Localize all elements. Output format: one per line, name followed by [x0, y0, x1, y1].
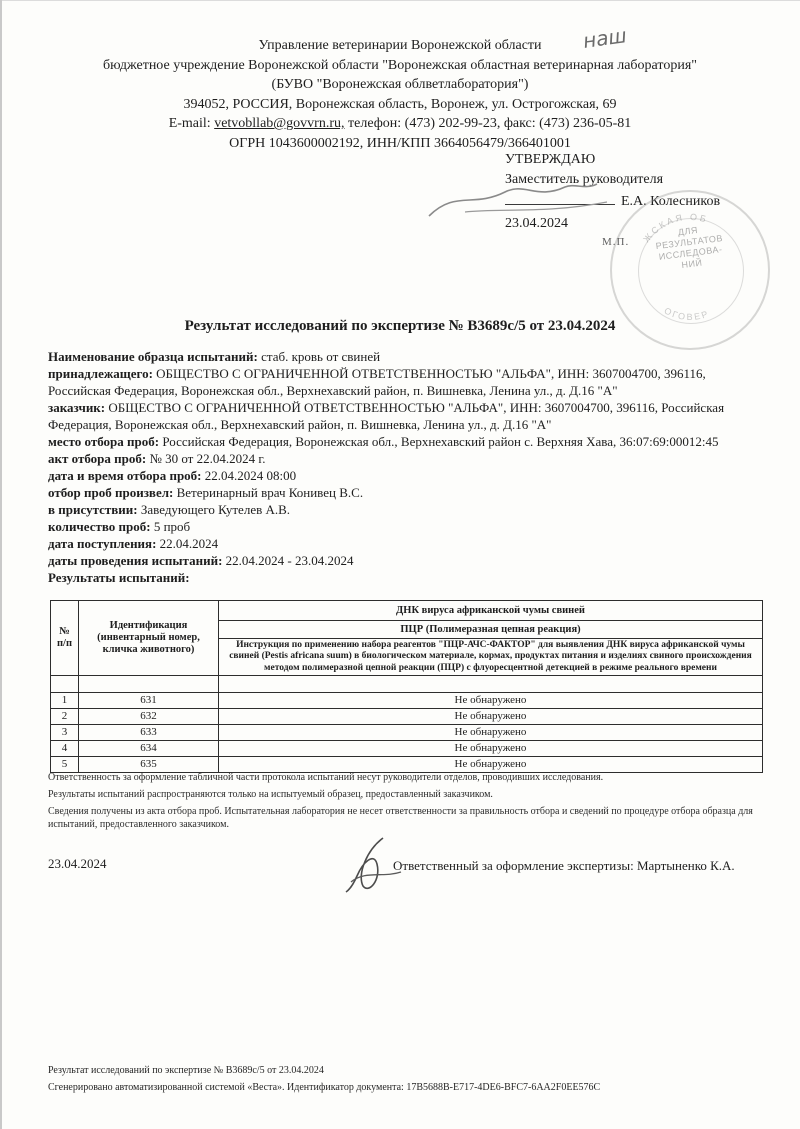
stamp-place-label: М.П.	[602, 236, 629, 248]
phone-fax: телефон: (473) 202-99-23, факс: (473) 23…	[348, 116, 631, 131]
table-row: 2 632 Не обнаружено	[51, 709, 763, 725]
approval-heading: УТВЕРЖДАЮ	[505, 150, 765, 170]
note-line: Сведения получены из акта отбора проб. И…	[48, 806, 762, 831]
org-header: Управление ветеринарии Воронежской облас…	[0, 36, 800, 153]
signature-scribble	[425, 178, 615, 222]
org-address: 394052, РОССИЯ, Воронежская область, Вор…	[0, 95, 800, 115]
col-header-number: №п/п	[51, 601, 79, 676]
table-row: 4 634 Не обнаружено	[51, 741, 763, 757]
detail-line: принадлежащего: ОБЩЕСТВО С ОГРАНИЧЕННОЙ …	[48, 365, 764, 399]
detail-line: даты проведения испытаний: 22.04.2024 - …	[48, 552, 764, 569]
disclaimer-notes: Ответственность за оформление табличной …	[48, 772, 762, 836]
org-full-name: бюджетное учреждение Воронежской области…	[0, 56, 800, 76]
detail-line: заказчик: ОБЩЕСТВО С ОГРАНИЧЕННОЙ ОТВЕТС…	[48, 399, 764, 433]
email-label: E-mail:	[169, 116, 211, 131]
detail-line: количество проб: 5 проб	[48, 518, 764, 535]
footer-generated-by: Сгенерировано автоматизированной системо…	[48, 1079, 768, 1096]
sample-details: Наименование образца испытаний: стаб. кр…	[48, 348, 764, 586]
responsible-person: Ответственный за оформление экспертизы: …	[393, 858, 735, 874]
note-line: Ответственность за оформление табличной …	[48, 772, 762, 785]
org-name: Управление ветеринарии Воронежской облас…	[0, 36, 800, 56]
org-contacts-line: E-mail: vetvobllab@govvrn.ru, телефон: (…	[0, 114, 800, 134]
document-footer: Результат исследований по экспертизе № В…	[48, 1062, 768, 1096]
page-title: Результат исследований по экспертизе № В…	[0, 318, 800, 335]
detail-line: отбор проб произвел: Ветеринарный врач К…	[48, 484, 764, 501]
method-doc-header: Инструкция по применению набора реагенто…	[219, 639, 763, 676]
note-line: Результаты испытаний распространяются то…	[48, 789, 762, 802]
signoff-date: 23.04.2024	[48, 856, 107, 872]
detail-line: Наименование образца испытаний: стаб. кр…	[48, 348, 764, 365]
method-header: ПЦР (Полимеразная цепная реакция)	[219, 621, 763, 639]
org-short-name: (БУВО "Воронежская облветлаборатория")	[0, 75, 800, 95]
empty-row	[51, 676, 763, 693]
footer-expertise-ref: Результат исследований по экспертизе № В…	[48, 1062, 768, 1079]
table-row: 1 631 Не обнаружено	[51, 693, 763, 709]
table-row: 3 633 Не обнаружено	[51, 725, 763, 741]
results-table: №п/п Идентификация (инвентарный номер, к…	[50, 600, 763, 773]
detail-line: в присутствии: Заведующего Кутелев А.В.	[48, 501, 764, 518]
detail-line: дата поступления: 22.04.2024	[48, 535, 764, 552]
email-link[interactable]: vetvobllab@govvrn.ru,	[214, 116, 344, 131]
detail-line: Результаты испытаний:	[48, 569, 764, 586]
detail-line: дата и время отбора проб: 22.04.2024 08:…	[48, 467, 764, 484]
col-header-identification: Идентификация (инвентарный номер, кличка…	[79, 601, 219, 676]
analyte-header: ДНК вируса африканской чумы свиней	[219, 601, 763, 621]
detail-line: место отбора проб: Российская Федерация,…	[48, 433, 764, 450]
table-row: 5 635 Не обнаружено	[51, 757, 763, 773]
detail-line: акт отбора проб: № 30 от 22.04.2024 г.	[48, 450, 764, 467]
